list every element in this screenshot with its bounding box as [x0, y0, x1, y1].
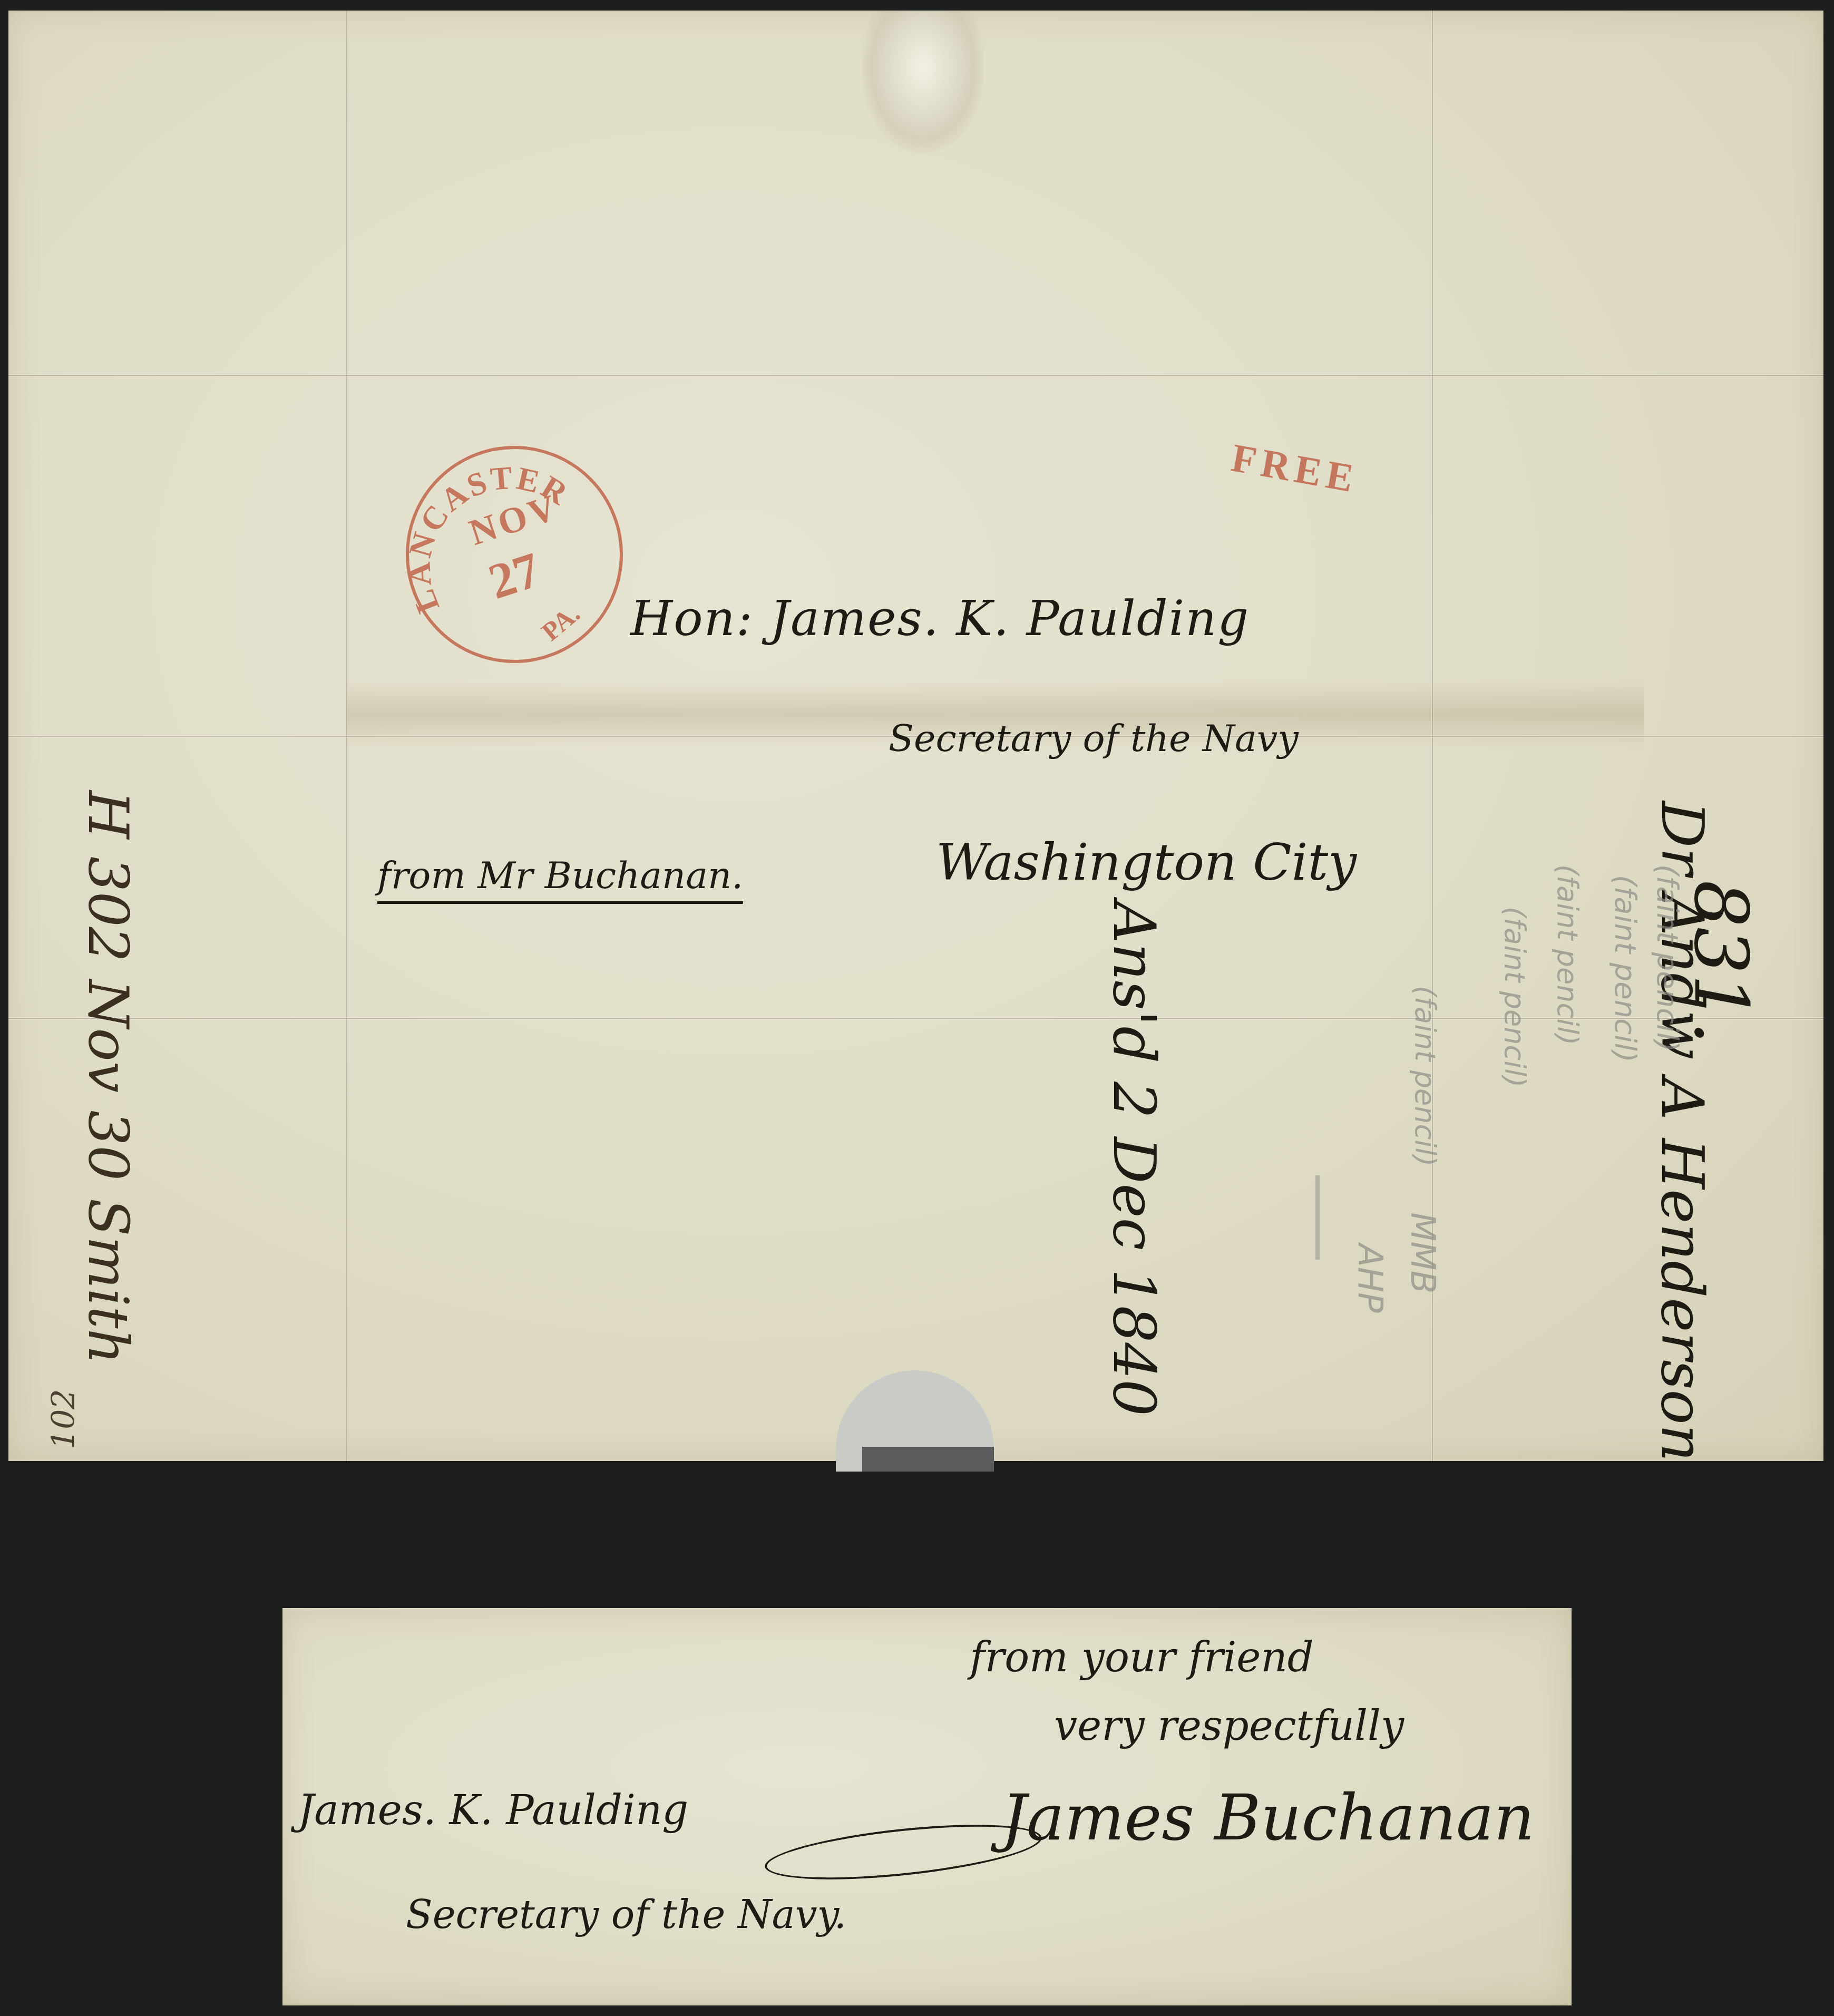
pencil-note: (faint pencil): [1551, 864, 1584, 1045]
address-title: Secretary of the Navy: [889, 717, 1299, 760]
pencil-code: AHP: [1350, 1244, 1389, 1313]
closing-line-2: very respectfully: [1054, 1702, 1404, 1750]
address-city: Washington City: [936, 833, 1357, 892]
fold-line: [8, 374, 1823, 377]
ledger-subnote: 102: [45, 1389, 82, 1449]
address-name: Hon: James. K. Paulding: [630, 590, 1250, 647]
letter-cover: LANCASTER NOV 27 PA. FREE Hon: James. K.…: [8, 11, 1823, 1461]
pencil-note: (faint pencil): [1498, 907, 1531, 1087]
ledger-note: H 302 Nov 30 Smith: [76, 791, 140, 1364]
pencil-note: (faint pencil): [1409, 986, 1442, 1166]
panel-addressee-name: James. K. Paulding: [298, 1787, 688, 1834]
signature: James Buchanan: [1001, 1781, 1535, 1855]
free-rate-marking: FREE: [1228, 435, 1362, 503]
seal-tear-shadow: [862, 1447, 994, 1472]
pencil-note: (faint pencil): [1608, 875, 1642, 1063]
sender-note: from Mr Buchanan.: [377, 854, 743, 904]
wax-seal-residue: [862, 11, 983, 153]
pencil-code: MMB: [1403, 1212, 1442, 1293]
pencil-stroke: [1315, 1175, 1320, 1260]
closing-line-1: from your friend: [970, 1634, 1314, 1681]
answered-docket: Ans'd 2 Dec 1840: [1100, 901, 1168, 1416]
pencil-note: (faint pencil): [1650, 864, 1684, 1052]
panel-addressee-title: Secretary of the Navy.: [406, 1892, 846, 1937]
lancaster-postmark: LANCASTER NOV 27 PA.: [406, 446, 623, 663]
